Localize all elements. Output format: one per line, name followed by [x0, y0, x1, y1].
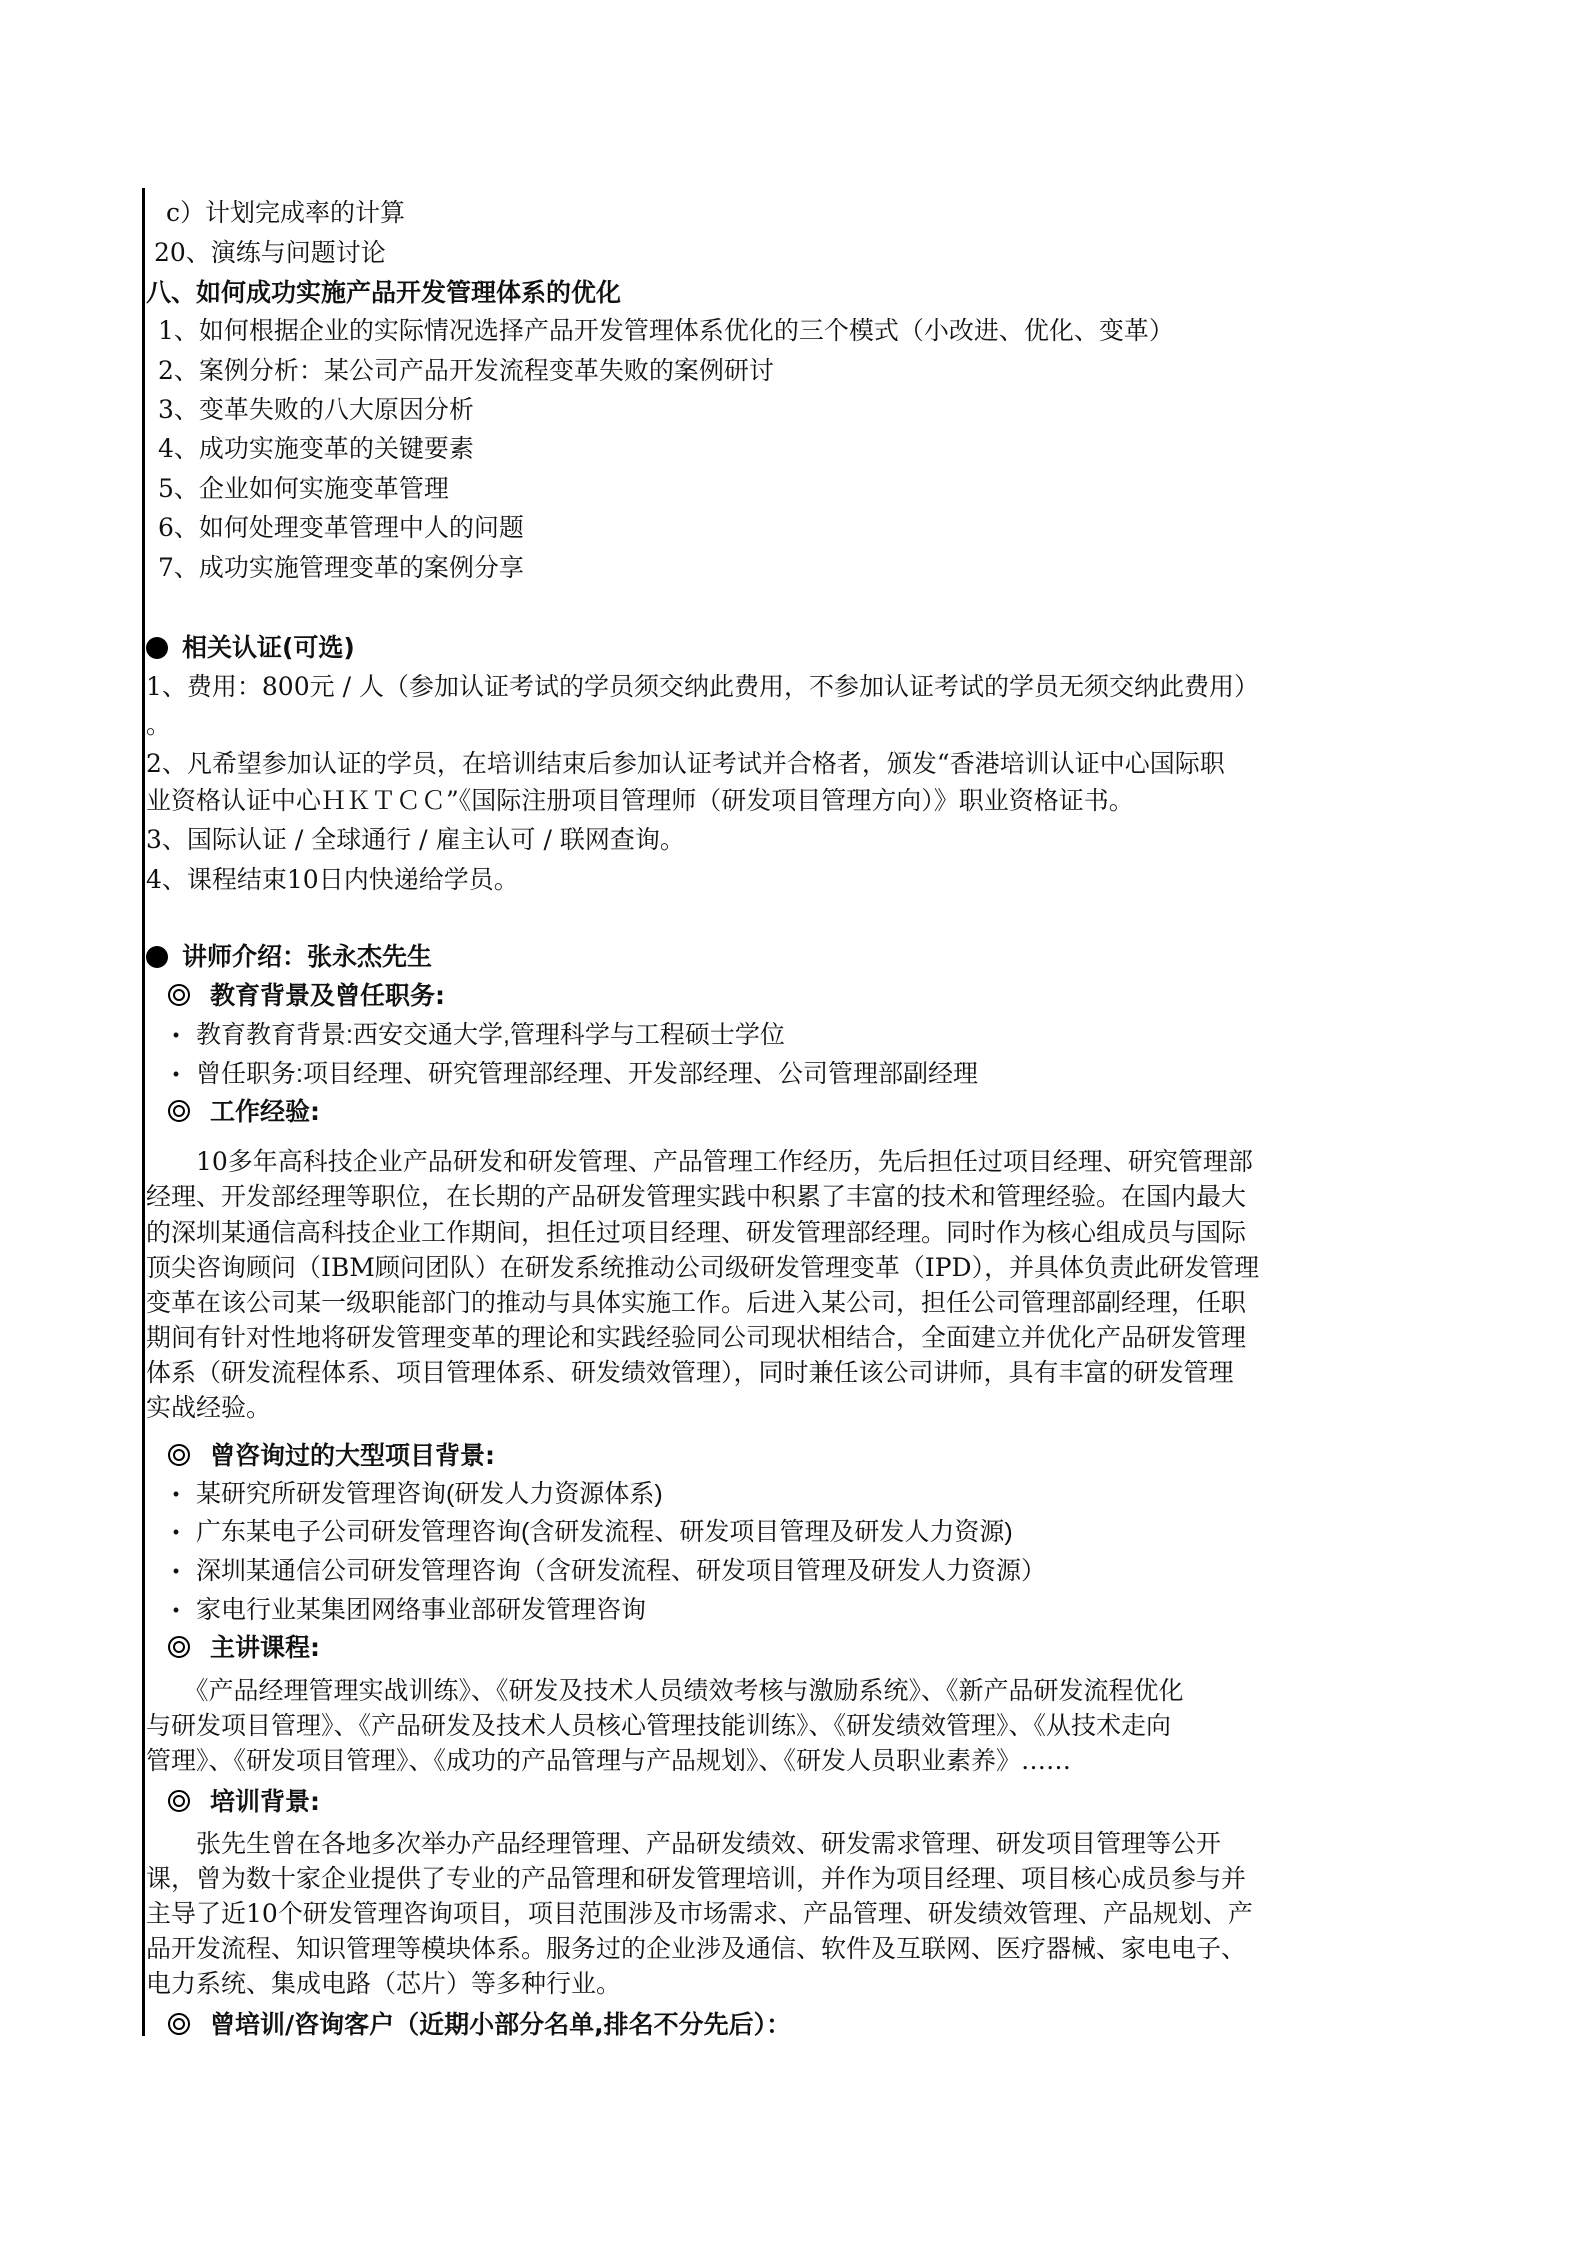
- experience-heading-text: 工作经验:: [210, 1097, 320, 1126]
- section-8-item: 6、如何处理变革管理中人的问题: [158, 511, 524, 545]
- bullet-dot-icon: •: [156, 1515, 196, 1549]
- certification-heading: 相关认证(可选): [146, 631, 355, 665]
- project-bullet: •深圳某通信公司研发管理咨询（含研发流程、研发项目管理及研发人力资源）: [156, 1554, 1046, 1588]
- education-heading-text: 教育背景及曾任职务:: [210, 981, 445, 1010]
- education-bullet-text: 教育教育背景:西安交通大学,管理科学与工程硕士学位: [196, 1021, 785, 1049]
- project-bullet: •某研究所研发管理咨询(研发人力资源体系): [156, 1477, 663, 1511]
- filled-circle-bullet-icon: [146, 637, 168, 659]
- training-background-heading: 培训背景:: [168, 1785, 320, 1819]
- experience-line: 顶尖咨询顾问（IBM顾问团队）在研发系统推动公司级研发管理变革（IPD），并具体…: [146, 1251, 1259, 1285]
- education-bullet-text: 曾任职务:项目经理、研究管理部经理、开发部经理、公司管理部副经理: [196, 1060, 978, 1088]
- section-8-item: 2、案例分析：某公司产品开发流程变革失败的案例研讨: [158, 354, 774, 388]
- training-background-line: 主导了近10个研发管理咨询项目，项目范围涉及市场需求、产品管理、研发绩效管理、产…: [146, 1897, 1253, 1931]
- certification-line: 3、国际认证 / 全球通行 / 雇主认可 / 联网查询。: [146, 823, 685, 857]
- clients-heading: 曾培训/咨询客户（近期小部分名单,排名不分先后）：: [168, 2008, 791, 2042]
- certification-line: 。: [146, 708, 171, 742]
- instructor-heading-text: 讲师介绍：张永杰先生: [182, 942, 432, 971]
- bullet-dot-icon: •: [156, 1057, 196, 1091]
- education-bullet: •教育教育背景:西安交通大学,管理科学与工程硕士学位: [156, 1018, 785, 1052]
- courses-line: 《产品经理管理实战训练》、《研发及技术人员绩效考核与激励系统》、《新产品研发流程…: [146, 1674, 1184, 1708]
- certification-line: 业资格认证中心ＨＫＴＣＣ”《国际注册项目管理师（研发项目管理方向）》职业资格证书…: [146, 784, 1134, 818]
- double-circle-icon: [168, 1444, 190, 1466]
- double-circle-icon: [168, 984, 190, 1006]
- experience-line: 的深圳某通信高科技企业工作期间，担任过项目经理、研发管理部经理。同时作为核心组成…: [146, 1216, 1246, 1250]
- bullet-dot-icon: •: [156, 1018, 196, 1052]
- certification-line: 4、课程结束10日内快递给学员。: [146, 863, 519, 897]
- project-bullet-text: 广东某电子公司研发管理咨询(含研发流程、研发项目管理及研发人力资源): [196, 1518, 1013, 1546]
- document-page: c）计划完成率的计算 20、演练与问题讨论 八、如何成功实施产品开发管理体系的优…: [0, 0, 1586, 2244]
- project-bullet: •家电行业某集团网络事业部研发管理咨询: [156, 1593, 646, 1627]
- experience-line: 经理、开发部经理等职位，在长期的产品研发管理实践中积累了丰富的技术和管理经验。在…: [146, 1180, 1246, 1214]
- courses-line: 管理》、《研发项目管理》、《成功的产品管理与产品规划》、《研发人员职业素养》……: [146, 1744, 1071, 1778]
- section-8-item: 3、变革失败的八大原因分析: [158, 393, 474, 427]
- item-20: 20、演练与问题讨论: [154, 236, 386, 270]
- experience-line: 变革在该公司某一级职能部门的推动与具体实施工作。后进入某公司，担任公司管理部副经…: [146, 1286, 1246, 1320]
- training-background-line: 张先生曾在各地多次举办产品经理管理、产品研发绩效、研发需求管理、研发项目管理等公…: [146, 1827, 1221, 1861]
- section-8-item: 7、成功实施管理变革的案例分享: [158, 551, 524, 585]
- double-circle-icon: [168, 1100, 190, 1122]
- section-8-item: 4、成功实施变革的关键要素: [158, 432, 474, 466]
- training-background-line: 课，曾为数十家企业提供了专业的产品管理和研发管理培训，并作为项目经理、项目核心成…: [146, 1862, 1246, 1896]
- courses-heading-text: 主讲课程:: [210, 1633, 320, 1662]
- project-bullet: •广东某电子公司研发管理咨询(含研发流程、研发项目管理及研发人力资源): [156, 1515, 1013, 1549]
- sub-item-c: c）计划完成率的计算: [166, 196, 405, 230]
- left-border-rule: [142, 188, 145, 2036]
- training-background-line: 电力系统、集成电路（芯片）等多种行业。: [146, 1967, 621, 2001]
- education-heading: 教育背景及曾任职务:: [168, 979, 445, 1013]
- bullet-dot-icon: •: [156, 1554, 196, 1588]
- double-circle-icon: [168, 1636, 190, 1658]
- training-background-line: 品开发流程、知识管理等模块体系。服务过的企业涉及通信、软件及互联网、医疗器械、家…: [146, 1932, 1246, 1966]
- experience-line: 期间有针对性地将研发管理变革的理论和实践经验同公司现状相结合，全面建立并优化产品…: [146, 1321, 1246, 1355]
- bullet-dot-icon: •: [156, 1593, 196, 1627]
- courses-heading: 主讲课程:: [168, 1631, 320, 1665]
- filled-circle-bullet-icon: [146, 946, 168, 968]
- project-bullet-text: 家电行业某集团网络事业部研发管理咨询: [196, 1596, 646, 1624]
- education-bullet: •曾任职务:项目经理、研究管理部经理、开发部经理、公司管理部副经理: [156, 1057, 978, 1091]
- projects-heading-text: 曾咨询过的大型项目背景:: [210, 1441, 495, 1470]
- project-bullet-text: 深圳某通信公司研发管理咨询（含研发流程、研发项目管理及研发人力资源）: [196, 1557, 1046, 1585]
- instructor-heading: 讲师介绍：张永杰先生: [146, 940, 432, 974]
- content-column: c）计划完成率的计算 20、演练与问题讨论 八、如何成功实施产品开发管理体系的优…: [146, 180, 1452, 2050]
- section-8-item: 5、企业如何实施变革管理: [158, 472, 449, 506]
- experience-heading: 工作经验:: [168, 1095, 320, 1129]
- double-circle-icon: [168, 1790, 190, 1812]
- section-8-heading: 八、如何成功实施产品开发管理体系的优化: [146, 276, 621, 310]
- experience-line: 10多年高科技企业产品研发和研发管理、产品管理工作经历，先后担任过项目经理、研究…: [146, 1145, 1253, 1179]
- certification-line: 2、凡希望参加认证的学员，在培训结束后参加认证考试并合格者，颁发“香港培训认证中…: [146, 747, 1225, 781]
- courses-line: 与研发项目管理》、《产品研发及技术人员核心管理技能训练》、《研发绩效管理》、《从…: [146, 1709, 1171, 1743]
- certification-line: 1、费用：800元 / 人（参加认证考试的学员须交纳此费用，不参加认证考试的学员…: [146, 670, 1259, 704]
- project-bullet-text: 某研究所研发管理咨询(研发人力资源体系): [196, 1480, 663, 1508]
- clients-heading-text: 曾培训/咨询客户（近期小部分名单,排名不分先后）：: [210, 2010, 791, 2039]
- section-8-item: 1、如何根据企业的实际情况选择产品开发管理体系优化的三个模式（小改进、优化、变革…: [158, 314, 1174, 348]
- experience-line: 实战经验。: [146, 1391, 271, 1425]
- training-background-heading-text: 培训背景:: [210, 1787, 320, 1816]
- experience-line: 体系（研发流程体系、项目管理体系、研发绩效管理），同时兼任该公司讲师，具有丰富的…: [146, 1356, 1234, 1390]
- certification-heading-text: 相关认证(可选): [182, 633, 355, 662]
- double-circle-icon: [168, 2013, 190, 2035]
- bullet-dot-icon: •: [156, 1477, 196, 1511]
- projects-heading: 曾咨询过的大型项目背景:: [168, 1439, 495, 1473]
